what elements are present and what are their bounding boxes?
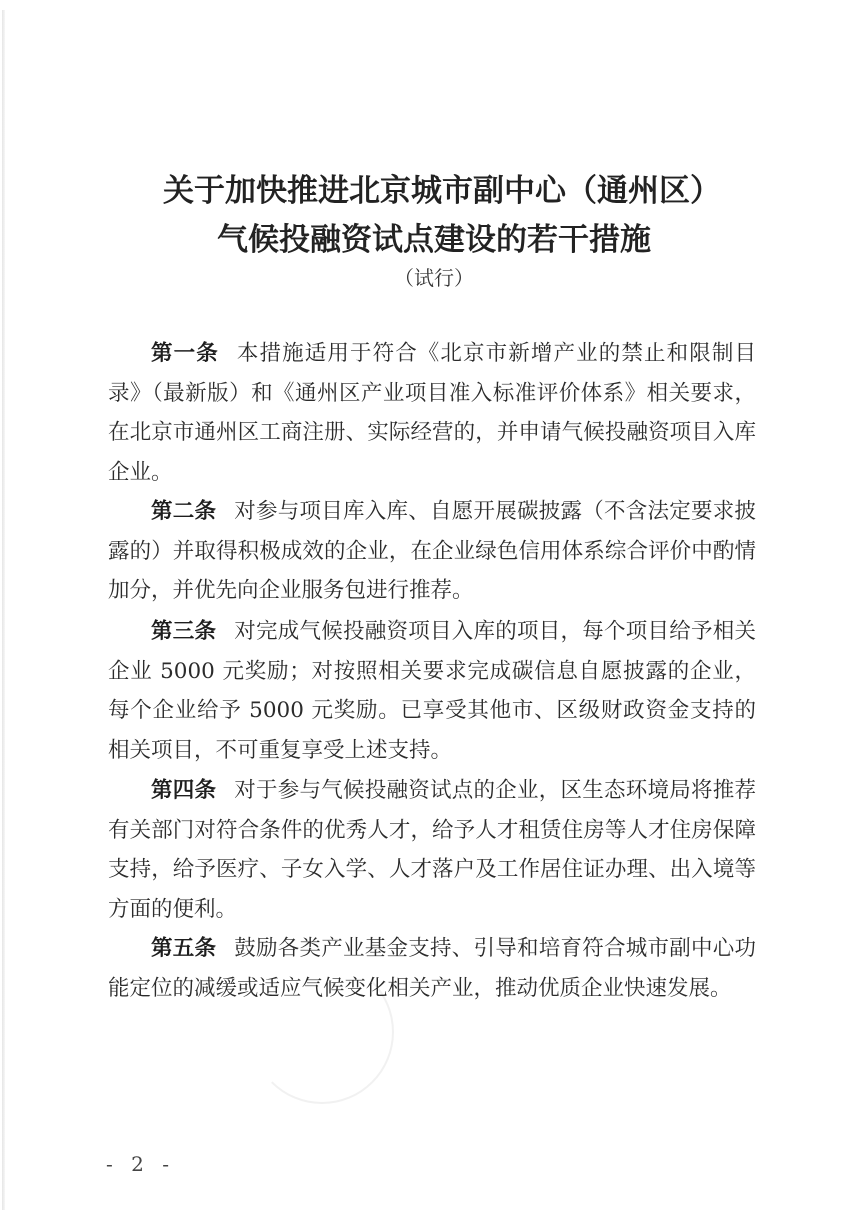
article-label: 第三条 — [151, 619, 216, 644]
article-5: 第五条鼓励各类产业基金支持、引导和培育符合城市副中心功能定位的减缓或适应气候变化… — [108, 929, 756, 1008]
article-1: 第一条本措施适用于符合《北京市新增产业的禁止和限制目录》（最新版）和《通州区产业… — [108, 334, 756, 492]
article-label: 第二条 — [151, 499, 216, 524]
article-label: 第一条 — [151, 341, 219, 366]
document-subtitle: （试行） — [0, 262, 868, 291]
document-title-line-1: 关于加快推进北京城市副中心（通州区） — [8, 165, 868, 210]
article-label: 第五条 — [151, 936, 216, 961]
page-number: - 2 - — [106, 1152, 175, 1176]
article-2: 第二条对参与项目库入库、自愿开展碳披露（不含法定要求披露的）并取得积极成效的企业… — [108, 492, 756, 611]
article-3: 第三条对完成气候投融资项目入库的项目，每个项目给予相关企业 5000 元奖励；对… — [108, 612, 756, 770]
article-label: 第四条 — [151, 778, 216, 803]
scan-edge-shadow — [2, 10, 5, 1210]
document-title-line-2: 气候投融资试点建设的若干措施 — [0, 214, 868, 259]
article-4: 第四条对于参与气候投融资试点的企业，区生态环境局将推荐有关部门对符合条件的优秀人… — [108, 771, 756, 929]
